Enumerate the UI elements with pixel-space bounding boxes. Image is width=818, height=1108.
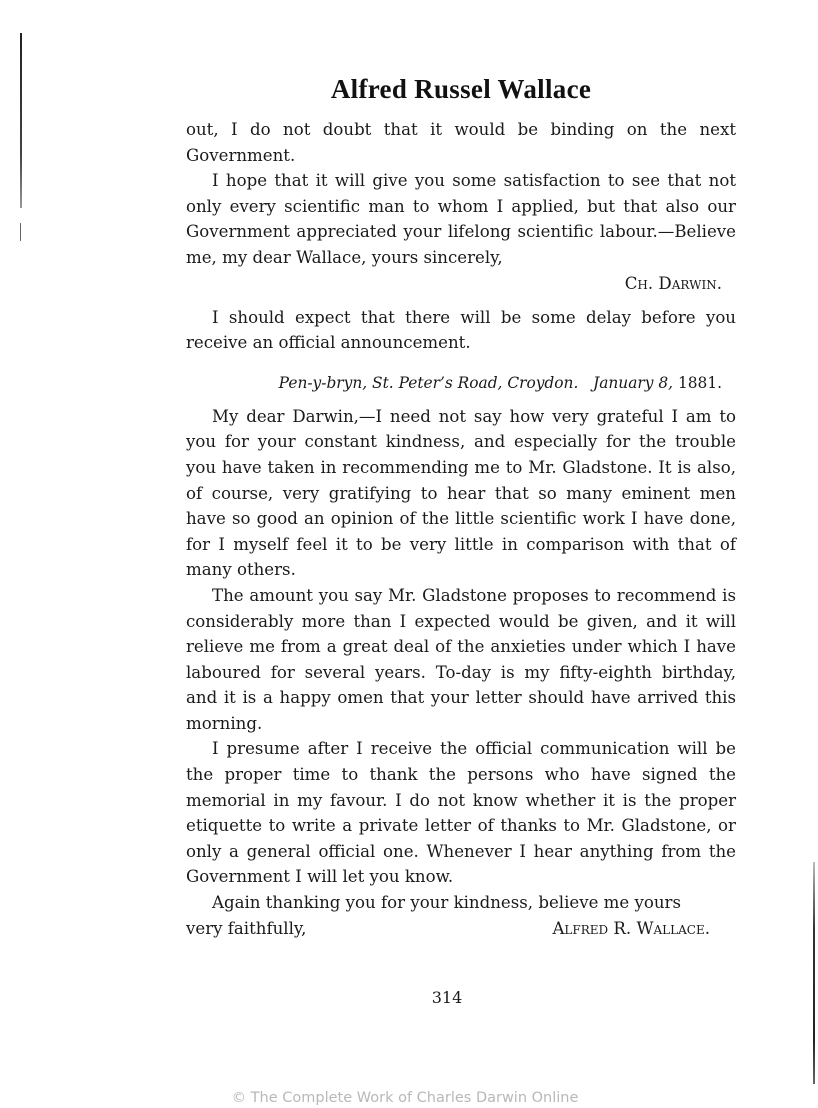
dateline-year: 1881. xyxy=(678,374,722,392)
paragraph: Again thanking you for your kindness, be… xyxy=(186,890,736,916)
page-body: out, I do not doubt that it would be bin… xyxy=(186,117,736,941)
paragraph: My dear Darwin,—I need not say how very … xyxy=(186,404,736,583)
letter-wallace: Pen-y-bryn, St. Peter’s Road, Croydon. J… xyxy=(186,370,736,941)
paragraph: The amount you say Mr. Gladstone propose… xyxy=(186,583,736,737)
scan-edge-mark xyxy=(813,862,815,1084)
dateline-date: January 8, xyxy=(593,374,673,392)
paragraph: out, I do not doubt that it would be bin… xyxy=(186,117,736,168)
scan-edge-mark xyxy=(20,33,22,208)
letter-darwin: out, I do not doubt that it would be bin… xyxy=(186,117,736,356)
dateline: Pen-y-bryn, St. Peter’s Road, Croydon. J… xyxy=(186,370,736,396)
paragraph: I presume after I receive the official c… xyxy=(186,736,736,890)
paragraph: I hope that it will give you some satisf… xyxy=(186,168,736,270)
postscript: I should expect that there will be some … xyxy=(186,305,736,356)
page-number: 314 xyxy=(186,988,736,1007)
signature-wallace: Alfred R. Wallace. xyxy=(552,916,736,942)
closing: very faithfully, xyxy=(186,916,306,942)
scan-edge-mark xyxy=(20,223,21,241)
closing-line: very faithfully, Alfred R. Wallace. xyxy=(186,916,736,942)
copyright-footer: © The Complete Work of Charles Darwin On… xyxy=(0,1090,818,1106)
signature-darwin: Ch. Darwin. xyxy=(186,271,736,297)
running-head: Alfred Russel Wallace xyxy=(186,74,736,105)
dateline-place: Pen-y-bryn, St. Peter’s Road, Croydon. xyxy=(279,374,579,392)
